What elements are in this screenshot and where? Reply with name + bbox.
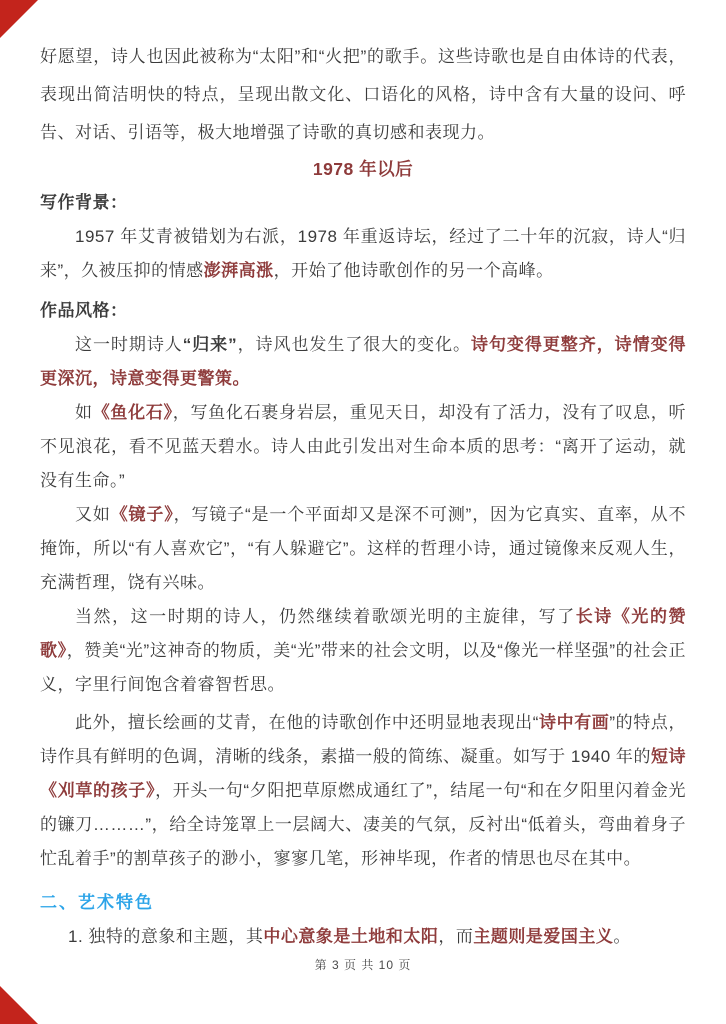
text-run: ，开始了他诗歌创作的另一个高峰。 [274,261,554,280]
heading-period-1978: 1978 年以后 [40,152,686,186]
list-item-imagery-theme: 1. 独特的意象和主题，其中心意象是土地和太阳，而主题则是爱国主义。 [40,920,686,954]
corner-triangle-top-left-icon [0,0,38,38]
paragraph-background: 1957 年艾青被错划为右派，1978 年重返诗坛，经过了二十年的沉寂，诗人“归… [40,220,686,288]
text-run-highlight: 诗中有画 [539,713,610,732]
paragraph-intro: 好愿望，诗人也因此被称为“太阳”和“火把”的歌手。这些诗歌也是自由体诗的代表，表… [40,38,686,152]
paragraph-poetry-painting: 此外，擅长绘画的艾青，在他的诗歌创作中还明显地表现出“诗中有画”的特点，诗作具有… [40,706,686,876]
text-run: 如 [75,403,93,422]
label-writing-background: 写作背景： [40,186,686,220]
text-run-bold: “归来” [183,335,237,354]
text-run-highlight: 《鱼化石》 [93,403,173,422]
heading-artistic-features: 二、艺术特色 [40,886,686,920]
paragraph-fish-fossil: 如《鱼化石》，写鱼化石裹身岩层，重见天日，却没有了活力，没有了叹息，听不见浪花，… [40,396,686,498]
text-run-highlight: 澎湃高涨 [204,261,274,280]
corner-triangle-bottom-left-icon [0,986,38,1024]
text-run: 又如 [75,505,111,524]
paragraph-ode-to-light: 当然，这一时期的诗人，仍然继续着歌颂光明的主旋律，写了长诗《光的赞歌》，赞美“光… [40,600,686,702]
text-run-highlight: 主题则是爱国主义 [473,927,613,946]
text-run: 好愿望，诗人也因此被称为“太阳”和“火把”的歌手。这些诗歌也是自由体诗的代表，表… [40,47,686,142]
text-run-highlight: 《镜子》 [111,505,174,524]
label-work-style: 作品风格： [40,294,686,328]
text-run-highlight: 中心意象是土地和太阳 [263,927,438,946]
page-content: 好愿望，诗人也因此被称为“太阳”和“火把”的歌手。这些诗歌也是自由体诗的代表，表… [0,0,726,974]
text-run: ，诗风也发生了很大的变化。 [237,335,471,354]
document-page: { "page": { "footer": "第 3 页 共 10 页", "a… [0,0,726,1024]
text-run: ，而 [438,927,473,946]
page-footer: 第 3 页 共 10 页 [40,956,686,974]
paragraph-mirror: 又如《镜子》，写镜子“是一个平面却又是深不可测”，因为它真实、直率，从不掩饰，所… [40,498,686,600]
paragraph-style: 这一时期诗人“归来”，诗风也发生了很大的变化。诗句变得更整齐，诗情变得更深沉，诗… [40,328,686,396]
text-run: ，赞美“光”这神奇的物质，美“光”带来的社会文明，以及“像光一样坚强”的社会正义… [40,641,686,694]
text-run: 当然，这一时期的诗人，仍然继续着歌颂光明的主旋律，写了 [75,607,576,626]
text-run: 这一时期诗人 [75,335,183,354]
text-run: 此外，擅长绘画的艾青，在他的诗歌创作中还明显地表现出“ [75,713,539,732]
text-run: 1. 独特的意象和主题，其 [68,927,263,946]
text-run: 。 [613,927,631,946]
